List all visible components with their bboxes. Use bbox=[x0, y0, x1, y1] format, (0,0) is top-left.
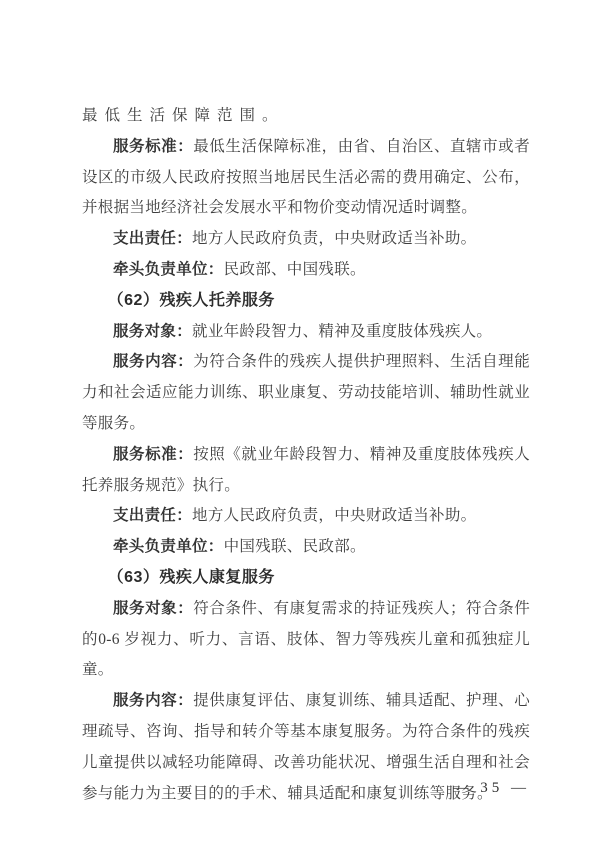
paragraph-label: 牵头负责单位： bbox=[113, 538, 224, 555]
paragraph-label: 服务内容： bbox=[113, 692, 193, 709]
document-page: 最低生活保障范围。服务标准：最低生活保障标准，由省、自治区、直辖市或者设区的市级… bbox=[0, 0, 610, 864]
body-paragraph: 牵头负责单位：民政部、中国残联。 bbox=[82, 255, 530, 286]
paragraph-label: 牵头负责单位： bbox=[113, 261, 224, 278]
body-paragraph: 服务标准：最低生活保障标准，由省、自治区、直辖市或者设区的市级人民政府按照当地居… bbox=[82, 132, 530, 224]
body-paragraph: 服务内容：为符合条件的残疾人提供护理照料、生活自理能力和社会适应能力训练、职业康… bbox=[82, 347, 530, 439]
page-number: — 35 — bbox=[454, 780, 531, 797]
body-paragraph: 支出责任：地方人民政府负责，中央财政适当补助。 bbox=[82, 501, 530, 532]
paragraph-label: 支出责任： bbox=[113, 230, 192, 247]
body-paragraph: 服务标准：按照《就业年龄段智力、精神及重度肢体残疾人托养服务规范》执行。 bbox=[82, 440, 530, 502]
section-heading: （62）残疾人托养服务 bbox=[82, 286, 530, 317]
paragraph-label: 服务内容： bbox=[113, 353, 193, 370]
paragraph-label: 支出责任： bbox=[113, 507, 192, 524]
paragraph-label: 服务对象： bbox=[113, 323, 192, 340]
section-heading: （63）残疾人康复服务 bbox=[82, 563, 530, 594]
paragraph-label: 服务标准： bbox=[113, 446, 193, 463]
body-paragraph: 牵头负责单位：中国残联、民政部。 bbox=[82, 532, 530, 563]
document-text-block: 最低生活保障范围。服务标准：最低生活保障标准，由省、自治区、直辖市或者设区的市级… bbox=[82, 101, 530, 809]
body-paragraph: 最低生活保障范围。 bbox=[82, 101, 530, 132]
body-paragraph: 服务对象：符合条件、有康复需求的持证残疾人；符合条件的0-6 岁视力、听力、言语… bbox=[82, 594, 530, 686]
body-paragraph: 服务对象：就业年龄段智力、精神及重度肢体残疾人。 bbox=[82, 317, 530, 348]
body-paragraph: 支出责任：地方人民政府负责，中央财政适当补助。 bbox=[82, 224, 530, 255]
paragraph-label: 服务标准： bbox=[113, 138, 193, 155]
paragraph-label: 服务对象： bbox=[113, 600, 193, 617]
